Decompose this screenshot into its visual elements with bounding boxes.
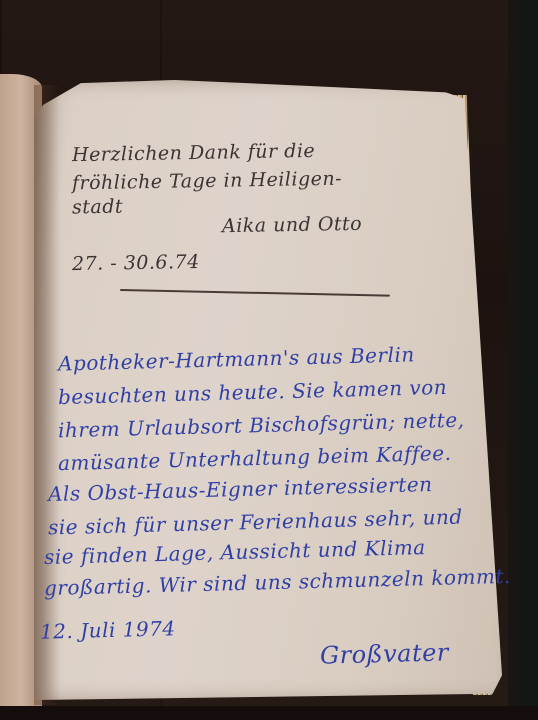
entry2-date: 12. Juli 1974 — [40, 616, 176, 644]
entry1-signature: Aika und Otto — [222, 213, 363, 237]
entry1-line-2: fröhliche Tage in Heiligen- — [72, 168, 342, 195]
book-cover — [0, 706, 538, 720]
entry1-date: 27. - 30.6.74 — [72, 251, 200, 275]
table-edge — [508, 0, 538, 720]
entry2-signature: Großvater — [320, 638, 450, 669]
entry1-line-3: stadt — [72, 196, 123, 219]
entry1-line-1: Herzlichen Dank für die — [72, 140, 316, 166]
